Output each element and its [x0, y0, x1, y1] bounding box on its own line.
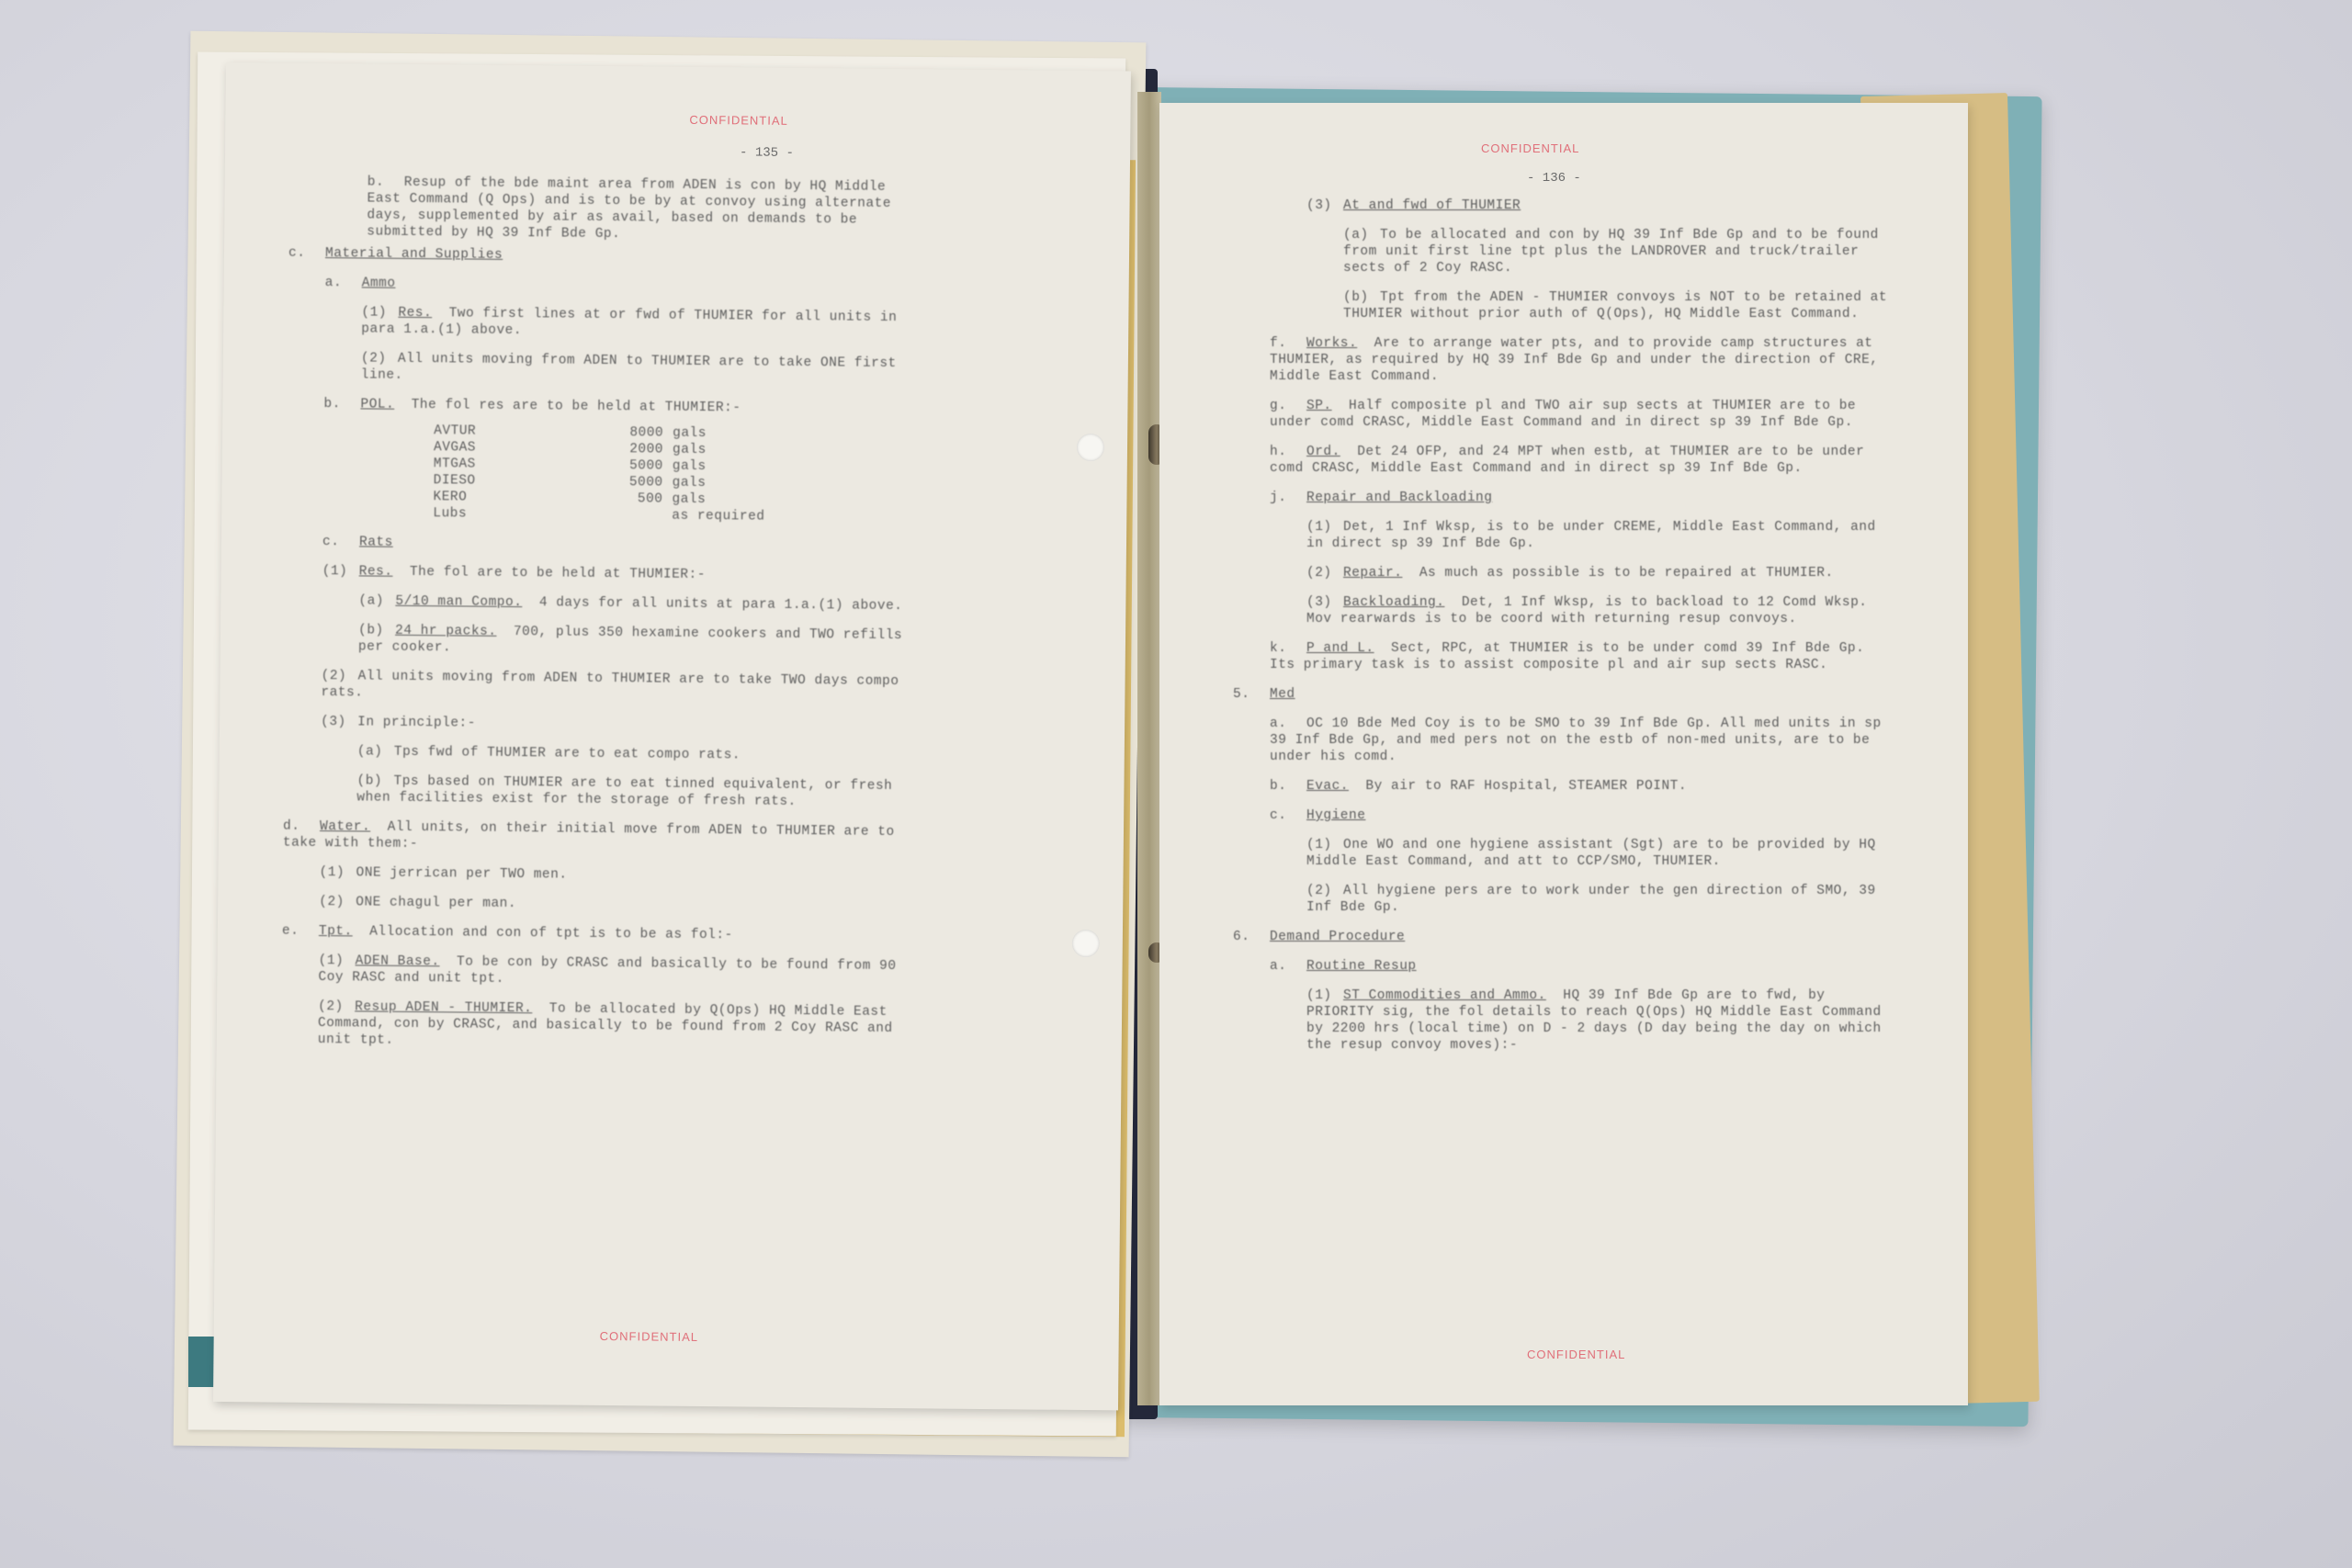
- pol-qty: 2000: [535, 440, 673, 457]
- pol-qty: 500: [534, 490, 672, 507]
- pol-unit: gals: [672, 491, 706, 508]
- pol-unit: gals: [673, 442, 707, 458]
- list-item: (2)All units moving from ADEN to THUMIER…: [284, 668, 909, 707]
- list-item: (2)Repair. As much as possible is to be …: [1233, 565, 1894, 581]
- subsection-heading: j.Repair and Backloading: [1233, 490, 1894, 506]
- confidential-stamp: CONFIDENTIAL: [689, 113, 787, 128]
- subsection-heading: c.Hygiene: [1233, 807, 1894, 824]
- list-item: (1)Res. Two first lines at or fwd of THU…: [288, 304, 912, 344]
- confidential-stamp: CONFIDENTIAL: [1481, 141, 1579, 155]
- pol-table-row: Lubsas required: [433, 505, 910, 526]
- subsection-heading: c.Rats: [286, 534, 910, 557]
- punch-hole: [1072, 930, 1100, 957]
- list-item: (a)5/10 man Compo. 4 days for all units …: [285, 592, 910, 615]
- section-heading: 5.Med: [1233, 686, 1894, 703]
- pol-unit: gals: [673, 458, 707, 475]
- page-number: - 136 -: [1527, 171, 1581, 186]
- pol-qty: 5000: [535, 473, 673, 491]
- list-item: (b)24 hr packs. 700, plus 350 hexamine c…: [285, 622, 910, 661]
- pol-unit: as required: [672, 508, 764, 525]
- paragraph: f.Works. Are to arrange water pts, and t…: [1233, 335, 1894, 385]
- section-heading: 6.Demand Procedure: [1233, 929, 1894, 945]
- pol-unit: gals: [673, 425, 707, 442]
- confidential-stamp: CONFIDENTIAL: [1527, 1348, 1625, 1361]
- pol-qty: [534, 506, 672, 524]
- paragraph: k.P and L. Sect, RPC, at THUMIER is to b…: [1233, 640, 1894, 673]
- subsection-heading: e.Tpt. Allocation and con of tpt is to b…: [282, 923, 907, 946]
- list-item: (3)Backloading. Det, 1 Inf Wksp, is to b…: [1233, 594, 1894, 627]
- list-item: (2)Resup ADEN - THUMIER. To be allocated…: [281, 998, 906, 1055]
- confidential-stamp: CONFIDENTIAL: [600, 1329, 698, 1344]
- list-item: (a)Tps fwd of THUMIER are to eat compo r…: [284, 743, 909, 766]
- pol-item: KERO: [433, 489, 534, 506]
- left-page: CONFIDENTIAL - 135 - b.Resup of the bde …: [213, 62, 1131, 1410]
- pol-item: Lubs: [433, 505, 534, 523]
- list-item: (2)All hygiene pers are to work under th…: [1233, 883, 1894, 916]
- list-item: (2)All units moving from ADEN to THUMIER…: [288, 350, 912, 389]
- page-body: c.Material and Supplies a.Ammo (1)Res. T…: [281, 245, 913, 1066]
- paragraph: b.Evac. By air to RAF Hospital, STEAMER …: [1233, 778, 1894, 795]
- list-item: (1)Res. The fol are to be held at THUMIE…: [286, 563, 910, 586]
- list-item: (1)ST Commodities and Ammo. HQ 39 Inf Bd…: [1233, 987, 1894, 1054]
- binder-gutter: [1137, 92, 1161, 1405]
- right-page: CONFIDENTIAL - 136 - (3)At and fwd of TH…: [1159, 103, 1968, 1405]
- list-item: (1)ONE jerrican per TWO men.: [282, 864, 907, 887]
- list-item: (a)To be allocated and con by HQ 39 Inf …: [1233, 227, 1894, 276]
- pol-item: AVGAS: [434, 439, 535, 457]
- list-item: (2)ONE chagul per man.: [282, 894, 907, 917]
- subsection-heading: a.Ammo: [288, 275, 913, 298]
- pol-item: DIESO: [434, 472, 535, 490]
- list-item: (1)ADEN Base. To be con by CRASC and bas…: [281, 953, 906, 992]
- list-item: (3)In principle:-: [284, 714, 909, 737]
- page-body: (3)At and fwd of THUMIER (a)To be alloca…: [1233, 197, 1894, 1066]
- punch-hole: [1077, 434, 1104, 461]
- page-number: - 135 -: [740, 145, 794, 161]
- subsection-heading: b.POL. The fol res are to be held at THU…: [287, 396, 911, 419]
- list-item: (b)Tpt from the ADEN - THUMIER convoys i…: [1233, 289, 1894, 322]
- pol-qty: 8000: [535, 423, 673, 441]
- list-item: (1)One WO and one hygiene assistant (Sgt…: [1233, 837, 1894, 870]
- paragraph: h.Ord. Det 24 OFP, and 24 MPT when estb,…: [1233, 444, 1894, 477]
- list-item: (b)Tps based on THUMIER are to eat tinne…: [283, 773, 908, 812]
- page-body: b.Resup of the bde maint area from ADEN …: [367, 174, 900, 258]
- subsection-heading: a.Routine Resup: [1233, 958, 1894, 975]
- pol-qty: 5000: [535, 457, 673, 474]
- pol-unit: gals: [673, 475, 707, 491]
- paragraph: g.SP. Half composite pl and TWO air sup …: [1233, 398, 1894, 431]
- subsection-heading: d.Water. All units, on their initial mov…: [283, 818, 908, 858]
- pol-item: MTGAS: [434, 456, 535, 473]
- paragraph: b.Resup of the bde maint area from ADEN …: [367, 174, 900, 245]
- paragraph: a.OC 10 Bde Med Coy is to be SMO to 39 I…: [1233, 716, 1894, 765]
- subsection-heading: (3)At and fwd of THUMIER: [1233, 197, 1894, 214]
- pol-item: AVTUR: [434, 423, 535, 440]
- list-item: (1)Det, 1 Inf Wksp, is to be under CREME…: [1233, 519, 1894, 552]
- pol-table: AVTUR8000galsAVGAS2000galsMTGAS5000galsD…: [322, 422, 911, 526]
